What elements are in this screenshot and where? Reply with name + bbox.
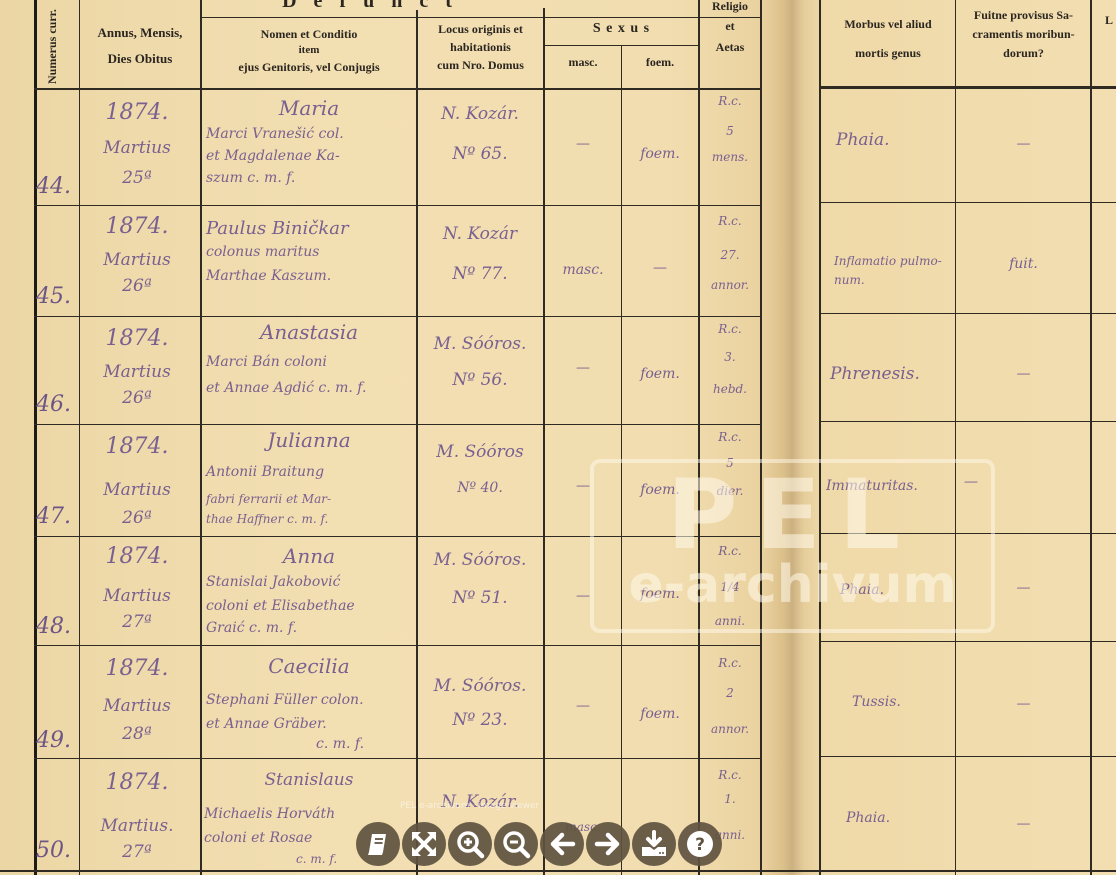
- row-parents-line: c. m. f.: [316, 736, 364, 752]
- row-parents-line: Marci Vranešić col.: [206, 126, 344, 142]
- header-annus: Annus, Mensis, Dies Obitus: [80, 20, 200, 72]
- row-year: 1874.: [82, 214, 192, 239]
- row-morbus: Phaia.: [846, 810, 890, 826]
- row-month: Martius: [82, 696, 192, 716]
- row-masc: —: [545, 136, 621, 152]
- header-foem: foem.: [622, 54, 698, 70]
- row-parents-line: thae Haffner c. m. f.: [206, 512, 328, 526]
- grid-line: [1090, 0, 1092, 875]
- row-locus: M. Sóóros.: [420, 676, 540, 696]
- row-house-number: Nº 77.: [420, 264, 540, 284]
- row-age-unit: mens.: [700, 150, 760, 164]
- book-spine: [762, 0, 822, 875]
- row-year: 1874.: [82, 100, 192, 125]
- grid-line: [0, 870, 1116, 872]
- zoom-in-icon: [455, 829, 485, 859]
- row-parents-line: Marthae Kaszum.: [206, 268, 331, 284]
- row-day: 28ª: [82, 724, 192, 744]
- arrow-right-icon: [593, 829, 623, 859]
- register-title-partial: D e f u n c t: [200, 0, 540, 15]
- row-parents-line: et Magdalenae Ka-: [206, 148, 340, 164]
- row-morbus: Phaia.: [836, 130, 890, 150]
- row-foem: foem.: [622, 706, 698, 722]
- row-religio: R.c.: [700, 430, 760, 444]
- zoom-in-button[interactable]: [448, 822, 492, 866]
- row-foem: —: [622, 260, 698, 276]
- row-locus: M. Sóóros.: [420, 334, 540, 354]
- previous-button[interactable]: [540, 822, 584, 866]
- header-line: dorum?: [957, 44, 1090, 63]
- download-icon: [639, 829, 669, 859]
- row-parents-line: et Annae Gräber.: [206, 716, 327, 732]
- grid-line: [819, 641, 1116, 642]
- header-morbus: Morbus vel aliud mortis genus: [821, 10, 955, 68]
- zoom-out-button[interactable]: [494, 822, 538, 866]
- header-line: item: [202, 43, 416, 59]
- row-day: 26ª: [82, 508, 192, 528]
- watermark-subtitle: e-archivum: [594, 559, 991, 611]
- row-number: 48.: [36, 614, 71, 639]
- header-sexus: S e x u s: [545, 20, 698, 39]
- row-day: 27ª: [82, 612, 192, 632]
- grid-line: [200, 0, 202, 875]
- header-locus: Locus originis et habitationis cum Nro. …: [418, 20, 543, 74]
- header-line: Religio: [700, 0, 760, 16]
- header-line: Aetas: [700, 37, 760, 57]
- grid-line: [416, 10, 418, 875]
- row-age-unit: hebd.: [700, 382, 760, 396]
- row-parents-line: Graić c. m. f.: [206, 620, 297, 636]
- grid-line: [34, 645, 762, 646]
- row-house-number: Nº 65.: [420, 144, 540, 164]
- row-parents-line: Stanislai Jakobović: [206, 574, 340, 590]
- fullscreen-icon: [409, 829, 439, 859]
- grid-line: [34, 316, 762, 317]
- row-name: Caecilia: [204, 654, 414, 678]
- grid-line: [760, 0, 762, 875]
- row-religio: R.c.: [700, 214, 760, 228]
- grid-line: [819, 0, 821, 875]
- grid-line: [79, 0, 80, 875]
- row-age: 1.: [700, 792, 760, 806]
- document-viewer[interactable]: D e f u n c t Numerus curr. Annus, Mensi…: [0, 0, 1116, 875]
- row-age: 5: [700, 124, 760, 138]
- row-name: Anna: [204, 544, 414, 568]
- grid-line: [34, 758, 762, 759]
- row-parents-line: Stephani Füller colon.: [206, 692, 364, 708]
- header-line: Locus originis et: [418, 20, 543, 38]
- row-month: Martius: [82, 480, 192, 500]
- row-year: 1874.: [82, 656, 192, 681]
- row-masc: —: [545, 360, 621, 376]
- row-age: 2: [700, 686, 760, 700]
- row-locus: M. Sóóros: [420, 442, 540, 462]
- row-parents-line: fabri ferrarii et Mar-: [206, 492, 331, 506]
- row-sacramentis: —: [957, 816, 1090, 832]
- row-morbus: Inflamatio pulmo-num.: [834, 252, 952, 290]
- row-name: Stanislaus: [204, 770, 414, 790]
- row-age: 3.: [700, 350, 760, 364]
- row-religio: R.c.: [700, 768, 760, 782]
- viewer-caption: PEL e-archivum · image viewer: [400, 801, 690, 811]
- header-line: cramentis moribun-: [957, 25, 1090, 44]
- row-religio: R.c.: [700, 656, 760, 670]
- download-button[interactable]: [632, 822, 676, 866]
- grid-line: [543, 45, 699, 46]
- row-name: Maria: [204, 96, 414, 120]
- row-name: Paulus Biničkar: [206, 218, 349, 239]
- row-locus: M. Sóóros.: [420, 550, 540, 570]
- row-parents-line: coloni et Elisabethae: [206, 598, 355, 614]
- watermark: PEL e-archivum: [590, 459, 995, 633]
- row-masc: masc.: [545, 262, 621, 278]
- grid-line: [819, 421, 1116, 422]
- row-sacramentis: —: [957, 136, 1090, 152]
- row-religio: R.c.: [700, 322, 760, 336]
- row-morbus: Tussis.: [852, 694, 901, 710]
- header-masc: masc.: [545, 54, 621, 70]
- help-button[interactable]: ?: [678, 822, 722, 866]
- row-sacramentis: —: [957, 366, 1090, 382]
- viewer-toolbar: ?: [356, 822, 722, 868]
- row-sacramentis: —: [957, 696, 1090, 712]
- grid-line: [34, 88, 762, 90]
- row-year: 1874.: [82, 544, 192, 569]
- fullscreen-button[interactable]: [402, 822, 446, 866]
- arrow-left-icon: [547, 829, 577, 859]
- row-day: 26ª: [82, 276, 192, 296]
- row-parents-line: et Annae Agdić c. m. f.: [206, 380, 366, 396]
- row-parents-line: Antonii Braitung: [206, 464, 324, 480]
- grid-line: [819, 202, 1116, 203]
- row-parents-line: Michaelis Horváth: [204, 806, 335, 822]
- row-religio: R.c.: [700, 94, 760, 108]
- header-line: ejus Genitoris, vel Conjugis: [202, 59, 416, 76]
- row-house-number: Nº 40.: [420, 480, 540, 496]
- row-year: 1874.: [82, 770, 192, 795]
- header-partial: L: [1102, 12, 1116, 28]
- row-masc: —: [545, 698, 621, 714]
- header-line: Morbus vel aliud: [821, 10, 955, 39]
- row-parents-line: c. m. f.: [296, 852, 337, 866]
- watermark-title: PEL: [594, 467, 991, 563]
- row-month: Martius: [82, 362, 192, 382]
- header-line: Annus, Mensis,: [80, 20, 200, 46]
- row-day: 27ª: [82, 842, 192, 862]
- row-morbus: Phrenesis.: [830, 364, 920, 384]
- row-year: 1874.: [82, 326, 192, 351]
- info-button[interactable]: [356, 822, 400, 866]
- row-year: 1874.: [82, 434, 192, 459]
- row-day: 26ª: [82, 388, 192, 408]
- row-name: Anastasia: [204, 320, 414, 344]
- row-age-unit: annor.: [700, 722, 760, 736]
- row-house-number: Nº 51.: [420, 588, 540, 608]
- row-locus: N. Kozár.: [420, 104, 540, 124]
- row-parents-line: colonus maritus: [206, 244, 319, 260]
- row-foem: foem.: [622, 366, 698, 382]
- row-parents-line: coloni et Rosae: [204, 830, 312, 846]
- row-day: 25ª: [82, 168, 192, 188]
- row-number: 46.: [36, 392, 71, 417]
- header-line: cum Nro. Domus: [418, 56, 543, 74]
- zoom-out-icon: [501, 829, 531, 859]
- row-number: 44.: [36, 174, 71, 199]
- grid-line: [819, 756, 1116, 757]
- row-foem: foem.: [622, 146, 698, 162]
- row-month: Martius: [82, 250, 192, 270]
- row-number: 50.: [36, 838, 71, 863]
- row-age: 27.: [700, 248, 760, 262]
- row-name: Julianna: [204, 428, 414, 452]
- help-icon: ?: [685, 829, 715, 859]
- row-house-number: Nº 23.: [420, 710, 540, 730]
- grid-line: [819, 86, 1116, 89]
- row-sacramentis: fuit.: [957, 256, 1090, 272]
- header-nomen: Nomen et Conditio item ejus Genitoris, v…: [202, 26, 416, 77]
- book-icon: [363, 829, 393, 859]
- row-locus: N. Kozár: [420, 224, 540, 244]
- row-month: Martius: [82, 586, 192, 606]
- row-age-unit: annor.: [700, 278, 760, 292]
- grid-line: [34, 205, 762, 206]
- row-month: Martius.: [82, 816, 192, 836]
- grid-line: [819, 313, 1116, 314]
- grid-line: [200, 17, 762, 18]
- header-line: Fuitne provisus Sa-: [957, 6, 1090, 25]
- row-month: Martius: [82, 138, 192, 158]
- header-line: mortis genus: [821, 39, 955, 68]
- row-number: 45.: [36, 284, 71, 309]
- header-line: Nomen et Conditio: [202, 26, 416, 43]
- row-parents-line: szum c. m. f.: [206, 170, 295, 186]
- header-line: et: [700, 16, 760, 36]
- header-sacramentis: Fuitne provisus Sa- cramentis moribun- d…: [957, 6, 1090, 64]
- svg-text:?: ?: [695, 835, 705, 855]
- row-parents-line: Marci Bán coloni: [206, 354, 327, 370]
- row-number: 49.: [36, 728, 71, 753]
- header-religio: Religio et Aetas: [700, 0, 760, 57]
- header-numerus: Numerus curr.: [45, 9, 60, 84]
- row-house-number: Nº 56.: [420, 370, 540, 390]
- header-line: habitationis: [418, 38, 543, 56]
- header-line: Dies Obitus: [80, 46, 200, 72]
- row-number: 47.: [36, 504, 71, 529]
- grid-line: [34, 424, 762, 425]
- grid-line: [955, 0, 956, 875]
- next-button[interactable]: [586, 822, 630, 866]
